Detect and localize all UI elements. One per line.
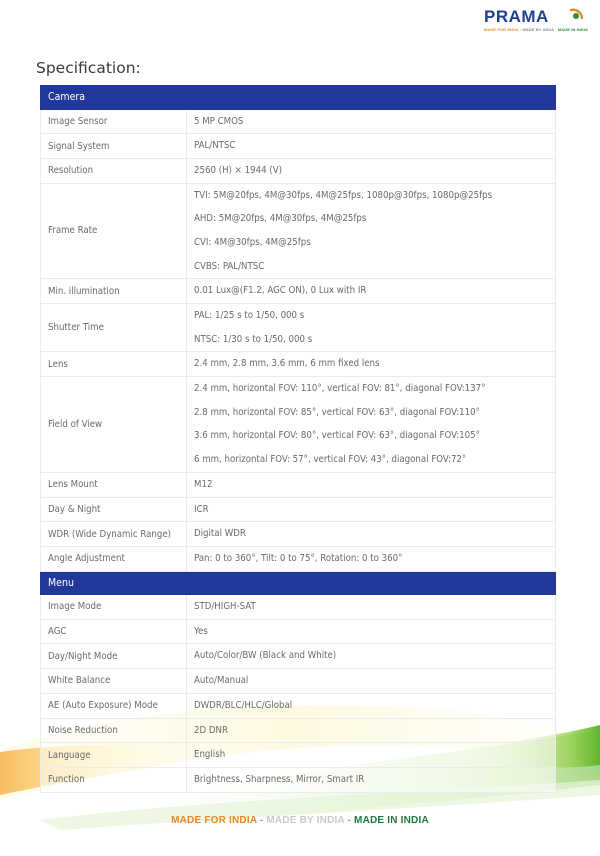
footer-made-for-india: MADE FOR INDIA bbox=[171, 815, 257, 826]
spec-value: TVI: 5M@20fps, 4M@30fps, 4M@25fps, 1080p… bbox=[187, 183, 556, 279]
footer-made-by-india: MADE BY INDIA bbox=[266, 815, 344, 826]
spec-label: White Balance bbox=[41, 669, 187, 694]
spec-value-line: 2.4 mm, horizontal FOV: 110°, vertical F… bbox=[194, 377, 555, 401]
spec-value-line: English bbox=[194, 743, 555, 767]
spec-value-line: DWDR/BLC/HLC/Global bbox=[194, 694, 555, 718]
spec-label: Noise Reduction bbox=[41, 718, 187, 743]
spec-label: Day & Night bbox=[41, 497, 187, 522]
spec-value: 5 MP CMOS bbox=[187, 109, 556, 134]
specification-table: CameraImage Sensor5 MP CMOSSignal System… bbox=[40, 85, 556, 793]
spec-label: Angle Adjustment bbox=[41, 546, 187, 571]
spec-value: DWDR/BLC/HLC/Global bbox=[187, 693, 556, 718]
spec-value-line: 2.8 mm, horizontal FOV: 85°, vertical FO… bbox=[194, 401, 555, 425]
spec-value: Digital WDR bbox=[187, 522, 556, 547]
spec-row: Image Sensor5 MP CMOS bbox=[41, 109, 556, 134]
spec-value-line: 3.6 mm, horizontal FOV: 80°, vertical FO… bbox=[194, 424, 555, 448]
footer-tagline: MADE FOR INDIA - MADE BY INDIA - MADE IN… bbox=[0, 815, 600, 826]
spec-value: Pan: 0 to 360°, Tilt: 0 to 75°, Rotation… bbox=[187, 546, 556, 571]
spec-label: Image Mode bbox=[41, 595, 187, 620]
spec-row: Min. illumination0.01 Lux@(F1.2, AGC ON)… bbox=[41, 279, 556, 304]
spec-value-line: Auto/Color/BW (Black and White) bbox=[194, 644, 555, 668]
spec-row: AGCYes bbox=[41, 619, 556, 644]
spec-label: Min. illumination bbox=[41, 279, 187, 304]
spec-value-line: Pan: 0 to 360°, Tilt: 0 to 75°, Rotation… bbox=[194, 547, 555, 571]
spec-row: WDR (Wide Dynamic Range)Digital WDR bbox=[41, 522, 556, 547]
spec-value: STD/HIGH-SAT bbox=[187, 595, 556, 620]
spec-value-line: 2.4 mm, 2.8 mm, 3.6 mm, 6 mm fixed lens bbox=[194, 352, 555, 376]
spec-value-line: PAL: 1/25 s to 1/50, 000 s bbox=[194, 304, 555, 328]
spec-row: Field of View2.4 mm, horizontal FOV: 110… bbox=[41, 377, 556, 473]
spec-label: Resolution bbox=[41, 158, 187, 183]
spec-value: PAL/NTSC bbox=[187, 134, 556, 159]
spec-row: LanguageEnglish bbox=[41, 743, 556, 768]
footer-made-in-india: MADE IN INDIA bbox=[354, 815, 429, 826]
spec-value: 2560 (H) × 1944 (V) bbox=[187, 158, 556, 183]
section-title: Camera bbox=[41, 86, 556, 110]
signal-arc-icon bbox=[568, 6, 584, 22]
spec-row: Frame RateTVI: 5M@20fps, 4M@30fps, 4M@25… bbox=[41, 183, 556, 279]
spec-value-line: Digital WDR bbox=[194, 522, 555, 546]
spec-value-line: 6 mm, horizontal FOV: 57°, vertical FOV:… bbox=[194, 448, 555, 472]
spec-row: FunctionBrightness, Sharpness, Mirror, S… bbox=[41, 767, 556, 792]
spec-value: M12 bbox=[187, 472, 556, 497]
prama-logo: PRAMA MADE FOR INDIA · MADE BY INDIA · M… bbox=[482, 6, 588, 36]
spec-row: Noise Reduction2D DNR bbox=[41, 718, 556, 743]
spec-label: Signal System bbox=[41, 134, 187, 159]
spec-label: Function bbox=[41, 767, 187, 792]
spec-value-line: NTSC: 1/30 s to 1/50, 000 s bbox=[194, 328, 555, 352]
spec-label: AGC bbox=[41, 619, 187, 644]
logo-tagline: MADE FOR INDIA · MADE BY INDIA · MADE IN… bbox=[484, 27, 588, 32]
spec-label: Field of View bbox=[41, 377, 187, 473]
spec-label: Lens Mount bbox=[41, 472, 187, 497]
spec-value: 0.01 Lux@(F1.2, AGC ON), 0 Lux with IR bbox=[187, 279, 556, 304]
spec-row: Day & NightICR bbox=[41, 497, 556, 522]
spec-label: Frame Rate bbox=[41, 183, 187, 279]
spec-value: Brightness, Sharpness, Mirror, Smart IR bbox=[187, 767, 556, 792]
spec-value-line: ICR bbox=[194, 498, 555, 522]
spec-value: Yes bbox=[187, 619, 556, 644]
page-title: Specification: bbox=[36, 59, 141, 77]
spec-row: Image ModeSTD/HIGH-SAT bbox=[41, 595, 556, 620]
spec-value-line: STD/HIGH-SAT bbox=[194, 595, 555, 619]
spec-row: Lens2.4 mm, 2.8 mm, 3.6 mm, 6 mm fixed l… bbox=[41, 352, 556, 377]
spec-value-line: Brightness, Sharpness, Mirror, Smart IR bbox=[194, 768, 555, 792]
spec-row: Resolution2560 (H) × 1944 (V) bbox=[41, 158, 556, 183]
spec-row: White BalanceAuto/Manual bbox=[41, 669, 556, 694]
spec-label: Image Sensor bbox=[41, 109, 187, 134]
spec-value-line: M12 bbox=[194, 473, 555, 497]
spec-value-line: Auto/Manual bbox=[194, 669, 555, 693]
spec-value: 2.4 mm, horizontal FOV: 110°, vertical F… bbox=[187, 377, 556, 473]
spec-row: AE (Auto Exposure) ModeDWDR/BLC/HLC/Glob… bbox=[41, 693, 556, 718]
spec-row: Angle AdjustmentPan: 0 to 360°, Tilt: 0 … bbox=[41, 546, 556, 571]
spec-value-line: AHD: 5M@20fps, 4M@30fps, 4M@25fps bbox=[194, 207, 555, 231]
spec-row: Signal SystemPAL/NTSC bbox=[41, 134, 556, 159]
spec-value-line: 5 MP CMOS bbox=[194, 110, 555, 134]
spec-value: PAL: 1/25 s to 1/50, 000 sNTSC: 1/30 s t… bbox=[187, 304, 556, 352]
spec-row: Day/Night ModeAuto/Color/BW (Black and W… bbox=[41, 644, 556, 669]
spec-value-line: CVI: 4M@30fps, 4M@25fps bbox=[194, 231, 555, 255]
spec-label: WDR (Wide Dynamic Range) bbox=[41, 522, 187, 547]
section-header-menu: Menu bbox=[41, 571, 556, 595]
spec-value: Auto/Manual bbox=[187, 669, 556, 694]
spec-value: 2D DNR bbox=[187, 718, 556, 743]
spec-value: ICR bbox=[187, 497, 556, 522]
spec-value-line: PAL/NTSC bbox=[194, 134, 555, 158]
spec-label: Shutter Time bbox=[41, 304, 187, 352]
logo-wordmark: PRAMA bbox=[484, 7, 549, 27]
spec-label: Lens bbox=[41, 352, 187, 377]
section-title: Menu bbox=[41, 571, 556, 595]
spec-value-line: CVBS: PAL/NTSC bbox=[194, 255, 555, 279]
spec-row: Shutter TimePAL: 1/25 s to 1/50, 000 sNT… bbox=[41, 304, 556, 352]
section-header-camera: Camera bbox=[41, 86, 556, 110]
spec-value-line: Yes bbox=[194, 620, 555, 644]
spec-value: 2.4 mm, 2.8 mm, 3.6 mm, 6 mm fixed lens bbox=[187, 352, 556, 377]
spec-label: Day/Night Mode bbox=[41, 644, 187, 669]
spec-value: Auto/Color/BW (Black and White) bbox=[187, 644, 556, 669]
spec-value-line: 2D DNR bbox=[194, 719, 555, 743]
spec-label: AE (Auto Exposure) Mode bbox=[41, 693, 187, 718]
spec-label: Language bbox=[41, 743, 187, 768]
spec-row: Lens MountM12 bbox=[41, 472, 556, 497]
spec-value-line: 2560 (H) × 1944 (V) bbox=[194, 159, 555, 183]
spec-value-line: TVI: 5M@20fps, 4M@30fps, 4M@25fps, 1080p… bbox=[194, 184, 555, 208]
spec-value: English bbox=[187, 743, 556, 768]
spec-value-line: 0.01 Lux@(F1.2, AGC ON), 0 Lux with IR bbox=[194, 279, 555, 303]
